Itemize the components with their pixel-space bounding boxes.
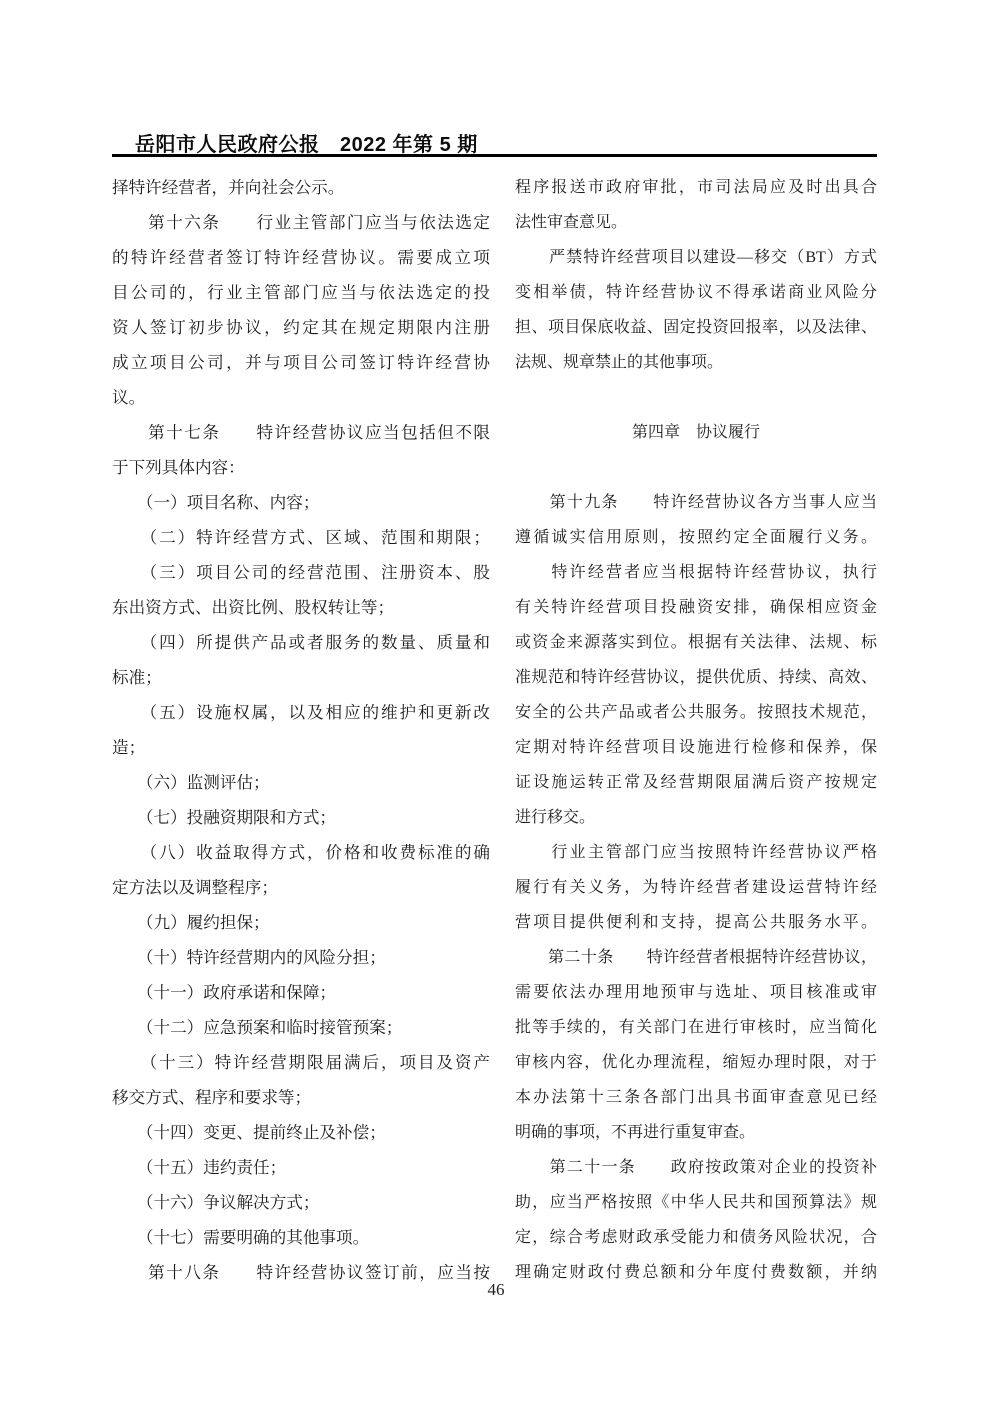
text-line: 特许经营者应当根据特许经营协议，执行	[515, 555, 877, 590]
text-line: 变相举债，特许经营协议不得承诺商业风险分	[515, 275, 877, 310]
text-line: （一）项目名称、内容；	[112, 485, 490, 520]
text-line: 准规范和特许经营协议，提供优质、持续、高效、	[515, 660, 877, 695]
text-line	[515, 380, 877, 415]
text-line: 行业主管部门应当按照特许经营协议严格	[515, 835, 877, 870]
text-line: 第四章 协议履行	[515, 415, 877, 450]
text-line: 资人签订初步协议，约定其在规定期限内注册	[112, 310, 490, 345]
gazette-header-title: 岳阳市人民政府公报 2022 年第 5 期	[135, 128, 478, 157]
text-line: （十一）政府承诺和保障；	[112, 975, 490, 1010]
text-line: 法性审查意见。	[515, 205, 877, 240]
text-line: 定，综合考虑财政承受能力和债务风险状况，合	[515, 1220, 877, 1255]
text-line: （八）收益取得方式，价格和收费标准的确	[112, 835, 490, 870]
left-column: 择特许经营者，并向社会公示。 第十六条 行业主管部门应当与依法选定的特许经营者签…	[112, 170, 490, 1290]
right-column: 程序报送市政府审批，市司法局应及时出具合法性审查意见。 严禁特许经营项目以建设—…	[515, 170, 877, 1290]
text-line: （七）投融资期限和方式；	[112, 800, 490, 835]
text-line: 有关特许经营项目投融资安排，确保相应资金	[515, 590, 877, 625]
text-line: （五）设施权属，以及相应的维护和更新改	[112, 695, 490, 730]
text-line: 第十九条 特许经营协议各方当事人应当	[515, 485, 877, 520]
text-line: 严禁特许经营项目以建设—移交（BT）方式	[515, 240, 877, 275]
text-line: 第十七条 特许经营协议应当包括但不限	[112, 415, 490, 450]
text-line: 于下列具体内容：	[112, 450, 490, 485]
text-line: 安全的公共产品或者公共服务。按照技术规范，	[515, 695, 877, 730]
text-line: （九）履约担保；	[112, 905, 490, 940]
page-number: 46	[0, 1280, 992, 1300]
text-line: 第十六条 行业主管部门应当与依法选定	[112, 205, 490, 240]
text-line: 的特许经营者签订特许经营协议。需要成立项	[112, 240, 490, 275]
text-line: 第二十一条 政府按政策对企业的投资补	[515, 1150, 877, 1185]
text-line: 成立项目公司，并与项目公司签订特许经营协	[112, 345, 490, 380]
text-line: 履行有关义务，为特许经营者建设运营特许经	[515, 870, 877, 905]
header-rule	[112, 154, 877, 157]
text-line	[515, 450, 877, 485]
text-line: 移交方式、程序和要求等；	[112, 1080, 490, 1115]
text-line: 遵循诚实信用原则，按照约定全面履行义务。	[515, 520, 877, 555]
text-line: （十四）变更、提前终止及补偿；	[112, 1115, 490, 1150]
text-line: （十）特许经营期内的风险分担；	[112, 940, 490, 975]
text-line: 或资金来源落实到位。根据有关法律、法规、标	[515, 625, 877, 660]
text-line: 助，应当严格按照《中华人民共和国预算法》规	[515, 1185, 877, 1220]
text-line: （四）所提供产品或者服务的数量、质量和	[112, 625, 490, 660]
text-line: 定期对特许经营项目设施进行检修和保养，保	[515, 730, 877, 765]
text-line: 批等手续的，有关部门在进行审核时，应当简化	[515, 1010, 877, 1045]
text-line: 目公司的，行业主管部门应当与依法选定的投	[112, 275, 490, 310]
text-line: 担、项目保底收益、固定投资回报率，以及法律、	[515, 310, 877, 345]
text-line: （三）项目公司的经营范围、注册资本、股	[112, 555, 490, 590]
text-line: 第二十条 特许经营者根据特许经营协议，	[515, 940, 877, 975]
text-line: 需要依法办理用地预审与选址、项目核准或审	[515, 975, 877, 1010]
text-line: 议。	[112, 380, 490, 415]
text-line: 标准；	[112, 660, 490, 695]
text-line: 审核内容，优化办理流程，缩短办理时限，对于	[515, 1045, 877, 1080]
text-line: 营项目提供便利和支持，提高公共服务水平。	[515, 905, 877, 940]
text-line: 法规、规章禁止的其他事项。	[515, 345, 877, 380]
text-line: （十七）需要明确的其他事项。	[112, 1220, 490, 1255]
text-line: 定方法以及调整程序；	[112, 870, 490, 905]
text-line: 本办法第十三条各部门出具书面审查意见已经	[515, 1080, 877, 1115]
text-line: 造；	[112, 730, 490, 765]
text-line: 证设施运转正常及经营期限届满后资产按规定	[515, 765, 877, 800]
document-page: 岳阳市人民政府公报 2022 年第 5 期 择特许经营者，并向社会公示。 第十六…	[0, 0, 992, 1403]
text-line: 进行移交。	[515, 800, 877, 835]
text-line: （十五）违约责任；	[112, 1150, 490, 1185]
text-line: （十二）应急预案和临时接管预案；	[112, 1010, 490, 1045]
text-line: 明确的事项，不再进行重复审查。	[515, 1115, 877, 1150]
text-line: （十六）争议解决方式；	[112, 1185, 490, 1220]
text-line: 择特许经营者，并向社会公示。	[112, 170, 490, 205]
text-line: （二）特许经营方式、区域、范围和期限；	[112, 520, 490, 555]
text-line: 程序报送市政府审批，市司法局应及时出具合	[515, 170, 877, 205]
text-line: 东出资方式、出资比例、股权转让等；	[112, 590, 490, 625]
text-line: （十三）特许经营期限届满后，项目及资产	[112, 1045, 490, 1080]
text-line: （六）监测评估；	[112, 765, 490, 800]
